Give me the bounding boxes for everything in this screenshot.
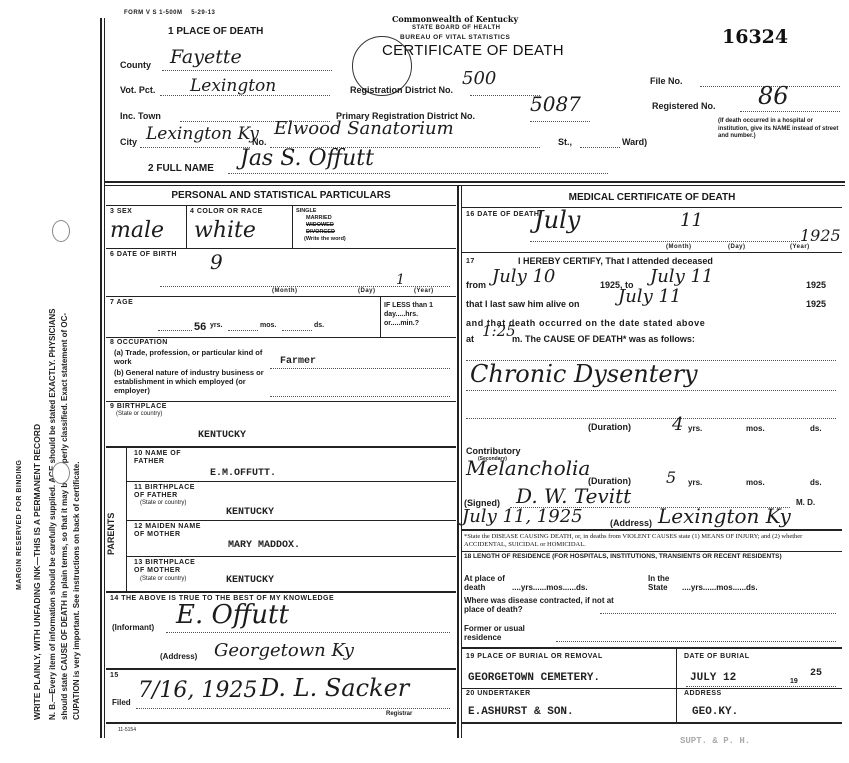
row-rule-mother-name — [127, 520, 456, 521]
occupation-line — [270, 368, 450, 369]
marital-option-single: SINGLE — [296, 208, 346, 215]
age-years-line — [158, 330, 192, 331]
st-label: St., — [558, 137, 572, 147]
age-years-value: 56 — [194, 321, 206, 333]
birthplace-label: 9 BIRTHPLACE — [110, 403, 167, 410]
place-of-death-label: 1 PLACE OF DEATH — [168, 26, 263, 37]
center-divider — [457, 186, 459, 738]
contracted-line — [600, 613, 836, 614]
burial-date-label: DATE OF BURIAL — [684, 653, 750, 660]
parents-label: PARENTS — [106, 513, 116, 555]
bottom-rule-left — [106, 722, 456, 724]
dob-day-label: (Day) — [358, 288, 376, 294]
father-name-label: 10 NAME OF FATHER — [134, 450, 194, 466]
residence-label: 18 LENGTH OF RESIDENCE (FOR HOSPITALS, I… — [464, 553, 842, 561]
full-name-value: Jas S. Offutt — [240, 146, 374, 171]
row-rule-filed — [106, 668, 456, 670]
from-value: July 10 — [492, 266, 555, 287]
contrib-ds-label: ds. — [810, 478, 822, 487]
mother-bp-sub: (State or country) — [140, 576, 186, 582]
personal-section-title: PERSONAL AND STATISTICAL PARTICULARS — [106, 190, 456, 201]
primary-reg-line — [530, 121, 590, 122]
signed-date: July 11, 1925 — [462, 506, 583, 527]
color-divider — [292, 206, 293, 248]
row-rule-burial — [462, 647, 842, 649]
dob-value: 9 — [210, 250, 223, 274]
contrib-duration-value: 5 — [666, 468, 676, 487]
address-label: (Address) — [160, 652, 197, 661]
bureau-text: BUREAU OF VITAL STATISTICS — [400, 34, 510, 41]
burial-year-prefix: 19 — [790, 678, 798, 685]
dod-year-label: (Year) — [790, 244, 810, 250]
dob-year-label: (Year) — [414, 288, 434, 294]
burial-date-line — [686, 686, 836, 687]
duration-label: (Duration) — [588, 422, 631, 432]
cause-line-3 — [466, 418, 836, 419]
to-year: 1925 — [806, 280, 826, 290]
county-value: Fayette — [170, 46, 242, 68]
footnote-text: *State the DISEASE CAUSING DEATH, or, in… — [464, 533, 842, 549]
last-saw-year: 1925 — [806, 299, 826, 309]
at-place-label: At place of death — [464, 574, 514, 592]
at-label: at — [466, 334, 474, 344]
burial-year: 25 — [810, 668, 822, 679]
age-mos-line — [228, 330, 258, 331]
medical-section-title: MEDICAL CERTIFICATE OF DEATH — [462, 192, 842, 203]
contributory-value: Melancholia — [466, 456, 590, 480]
row-rule-certify — [462, 252, 842, 253]
father-bp-label: 11 BIRTHPLACE OF FATHER — [134, 484, 204, 500]
registered-no-value: 86 — [758, 82, 789, 110]
medical-title-rule — [462, 207, 842, 208]
marital-option-married: MARRIED — [296, 215, 346, 222]
burial-date-value: JULY 12 — [690, 672, 736, 684]
dod-month: July — [534, 206, 580, 234]
dob-line — [160, 286, 450, 287]
personal-title-rule — [106, 205, 456, 206]
ward-line — [580, 147, 620, 148]
commonwealth-text: Commonwealth of Kentucky — [392, 14, 518, 24]
inc-town-label: Inc. Town — [120, 111, 161, 121]
full-name-label: 2 FULL NAME — [148, 163, 214, 174]
dod-month-label: (Month) — [666, 244, 692, 250]
contrib-mos-label: mos. — [746, 478, 765, 487]
sex-value: male — [110, 218, 164, 243]
contracted-label: Where was disease contracted, if not at … — [464, 596, 614, 614]
mother-name-value: MARY MADDOX. — [228, 540, 300, 551]
board-text: STATE BOARD OF HEALTH — [412, 25, 501, 31]
certify-text: I HEREBY CERTIFY, That I attended deceas… — [518, 256, 713, 266]
age-mos-label: mos. — [260, 322, 276, 329]
occupation-value: Farmer — [280, 356, 316, 367]
signed-value: D. W. Tevitt — [516, 484, 631, 508]
header-bottom-rule — [105, 181, 845, 183]
dob-day: 1 — [396, 272, 405, 288]
at-place-yrs: yrs. — [521, 583, 535, 592]
nb-line-2: should state CAUSE OF DEATH in plain ter… — [60, 313, 69, 720]
in-state-mos: mos. — [716, 583, 735, 592]
duration-ds-label: ds. — [810, 424, 822, 433]
marital-option-note: (Write the word) — [296, 236, 346, 243]
vot-pct-value: Lexington — [190, 76, 276, 96]
sex-divider — [186, 206, 187, 248]
row-rule-mother-bp — [127, 556, 456, 557]
from-label: from — [466, 280, 486, 290]
mother-bp-value: KENTUCKY — [226, 575, 274, 586]
dod-line — [530, 241, 800, 242]
ward-label: Ward) — [622, 137, 647, 147]
row-rule-informant — [106, 591, 456, 593]
file-no-label: File No. — [650, 76, 683, 86]
cause-text: m. The CAUSE OF DEATH* was as follows: — [512, 334, 695, 344]
city-label: City — [120, 137, 137, 147]
hospital-note: (If death occurred in a hospital or inst… — [718, 118, 843, 141]
occupation-a-label: (a) Trade, profession, or particular kin… — [114, 348, 264, 366]
informant-value: E. Offutt — [176, 600, 289, 630]
color-label: 4 COLOR OR RACE — [190, 208, 263, 215]
at-place-units: ....yrs......mos......ds. — [512, 583, 588, 592]
in-state-units: ....yrs......mos......ds. — [682, 583, 758, 592]
reg-district-label: Registration District No. — [350, 85, 453, 95]
certify-number: 17 — [466, 258, 475, 265]
city-line — [140, 147, 250, 148]
city-value: Lexington Ky — [146, 124, 259, 144]
former-line — [556, 641, 836, 642]
dod-day: 11 — [680, 210, 703, 231]
filed-line — [136, 708, 450, 709]
burial-divider — [676, 649, 677, 723]
informant-line — [166, 632, 450, 633]
write-plainly-text: WRITE PLAINLY, WITH UNFADING INK—THIS IS… — [32, 424, 42, 720]
at-place-mos: mos. — [546, 583, 565, 592]
father-name-value: E.M.OFFUTT. — [210, 468, 276, 479]
at-place-ds: ds. — [576, 583, 588, 592]
primary-reg-value: 5087 — [530, 92, 581, 116]
last-saw-value: July 11 — [618, 286, 681, 307]
dob-label: 6 DATE OF BIRTH — [110, 251, 177, 258]
former-label: Former or usual residence — [464, 624, 554, 642]
undertaker-address-label: ADDRESS — [684, 690, 722, 697]
color-value: white — [194, 218, 256, 243]
no-value: Elwood Sanatorium — [274, 118, 454, 139]
age-ds-label: ds. — [314, 322, 324, 329]
filed-number: 15 — [110, 672, 119, 679]
less-than-label: IF LESS than 1 day.....hrs. or.....min.? — [384, 301, 454, 328]
sig-address-label: (Address) — [610, 518, 652, 528]
contrib-yrs-label: yrs. — [688, 478, 702, 487]
occupation-label: 8 OCCUPATION — [110, 339, 168, 346]
registrar-signature: D. L. Sacker — [260, 674, 409, 702]
birthplace-value: KENTUCKY — [198, 430, 246, 441]
county-line — [162, 70, 332, 71]
contributory-label: Contributory — [466, 446, 521, 456]
row-rule-occupation — [106, 337, 456, 338]
margin-reserved-text: MARGIN RESERVED FOR BINDING — [16, 460, 23, 590]
marital-options: SINGLE MARRIED WIDOWED DIVORCED (Write t… — [296, 208, 346, 243]
duration-mos-label: mos. — [746, 424, 765, 433]
row-rule-residence — [462, 551, 842, 552]
burial-place-label: 19 PLACE OF BURIAL OR REMOVAL — [466, 653, 603, 660]
filed-value: 7/16, 1925 — [138, 678, 257, 703]
in-state-ds: ds. — [746, 583, 758, 592]
cause-value: Chronic Dysentery — [470, 360, 698, 388]
marital-option-divorced: DIVORCED — [296, 229, 346, 236]
nb-line-3: CUPATION is very important. See instruct… — [72, 462, 81, 720]
md-label: M. D. — [796, 498, 815, 507]
filed-label: Filed — [112, 698, 131, 707]
row-rule-age — [106, 296, 456, 297]
occupation-b-label: (b) General nature of industry business … — [114, 368, 264, 395]
age-yrs-label: yrs. — [210, 322, 222, 329]
form-date: 5-29-13 — [191, 10, 215, 16]
cause-line-2 — [466, 390, 836, 391]
dod-label: 16 DATE OF DEATH — [466, 211, 539, 218]
full-name-line — [228, 173, 608, 174]
address-value: Georgetown Ky — [214, 640, 354, 661]
registrar-label: Registrar — [386, 711, 412, 717]
last-saw-text: that I last saw him alive on — [466, 299, 580, 309]
punch-hole-top — [52, 220, 70, 242]
row-rule-footnote — [462, 529, 842, 531]
age-ds-line — [282, 330, 312, 331]
informant-label: (Informant) — [112, 623, 154, 632]
duration-value: 4 — [672, 414, 683, 435]
row-rule-parents — [106, 446, 456, 448]
left-border — [100, 18, 102, 738]
undertaker-label: 20 UNDERTAKER — [466, 690, 531, 697]
registered-no-line — [740, 111, 840, 112]
county-label: County — [120, 60, 151, 70]
marital-option-widowed: WIDOWED — [296, 222, 346, 229]
undertaker-address-value: GEO.KY. — [692, 706, 738, 718]
form-number: FORM V S 1-500M 5-29-13 — [124, 10, 215, 16]
dod-year: 1925 — [800, 226, 841, 245]
header-bottom-rule-2 — [105, 185, 845, 186]
left-border-inner — [104, 18, 105, 738]
nb-line-1: N. B.—Every item of information should b… — [48, 309, 57, 720]
mother-name-label: 12 MAIDEN NAME OF MOTHER — [134, 523, 214, 539]
bottom-rule-right — [462, 722, 842, 724]
to-value: July 11 — [650, 266, 713, 287]
employer-line — [270, 396, 450, 397]
at-value: 1:25 — [482, 322, 516, 340]
birthplace-sub: (State or country) — [116, 411, 162, 417]
vot-pct-label: Vot. Pct. — [120, 85, 155, 95]
in-state-yrs: yrs. — [691, 583, 705, 592]
dod-day-label: (Day) — [728, 244, 746, 250]
row-rule-father-bp — [127, 481, 456, 482]
punch-hole-bottom — [52, 462, 70, 484]
father-bp-value: KENTUCKY — [226, 507, 274, 518]
duration-yrs-label: yrs. — [688, 424, 702, 433]
stamp-text: SUPT. & P. H. — [680, 736, 750, 746]
father-bp-sub: (State or country) — [140, 500, 186, 506]
sex-label: 3 SEX — [110, 208, 132, 215]
registered-no-label: Registered No. — [652, 101, 716, 111]
form-code: 11-5154 — [118, 727, 136, 733]
certificate-number: 16324 — [722, 26, 788, 48]
mother-bp-label: 13 BIRTHPLACE OF MOTHER — [134, 559, 204, 575]
parents-divider — [126, 447, 127, 591]
reg-district-value: 500 — [462, 68, 496, 89]
undertaker-value: E.ASHURST & SON. — [468, 706, 574, 718]
form-no: FORM V S 1-500M — [124, 10, 183, 16]
age-divider — [380, 297, 381, 337]
row-rule-undertaker — [462, 688, 842, 689]
center-divider-2 — [461, 186, 462, 738]
age-label: 7 AGE — [110, 299, 133, 306]
burial-place-value: GEORGETOWN CEMETERY. — [468, 672, 600, 684]
row-rule-dob — [106, 248, 456, 249]
dob-month-label: (Month) — [272, 288, 298, 294]
row-rule-birthplace — [106, 401, 456, 402]
sig-address-value: Lexington Ky — [658, 504, 791, 528]
